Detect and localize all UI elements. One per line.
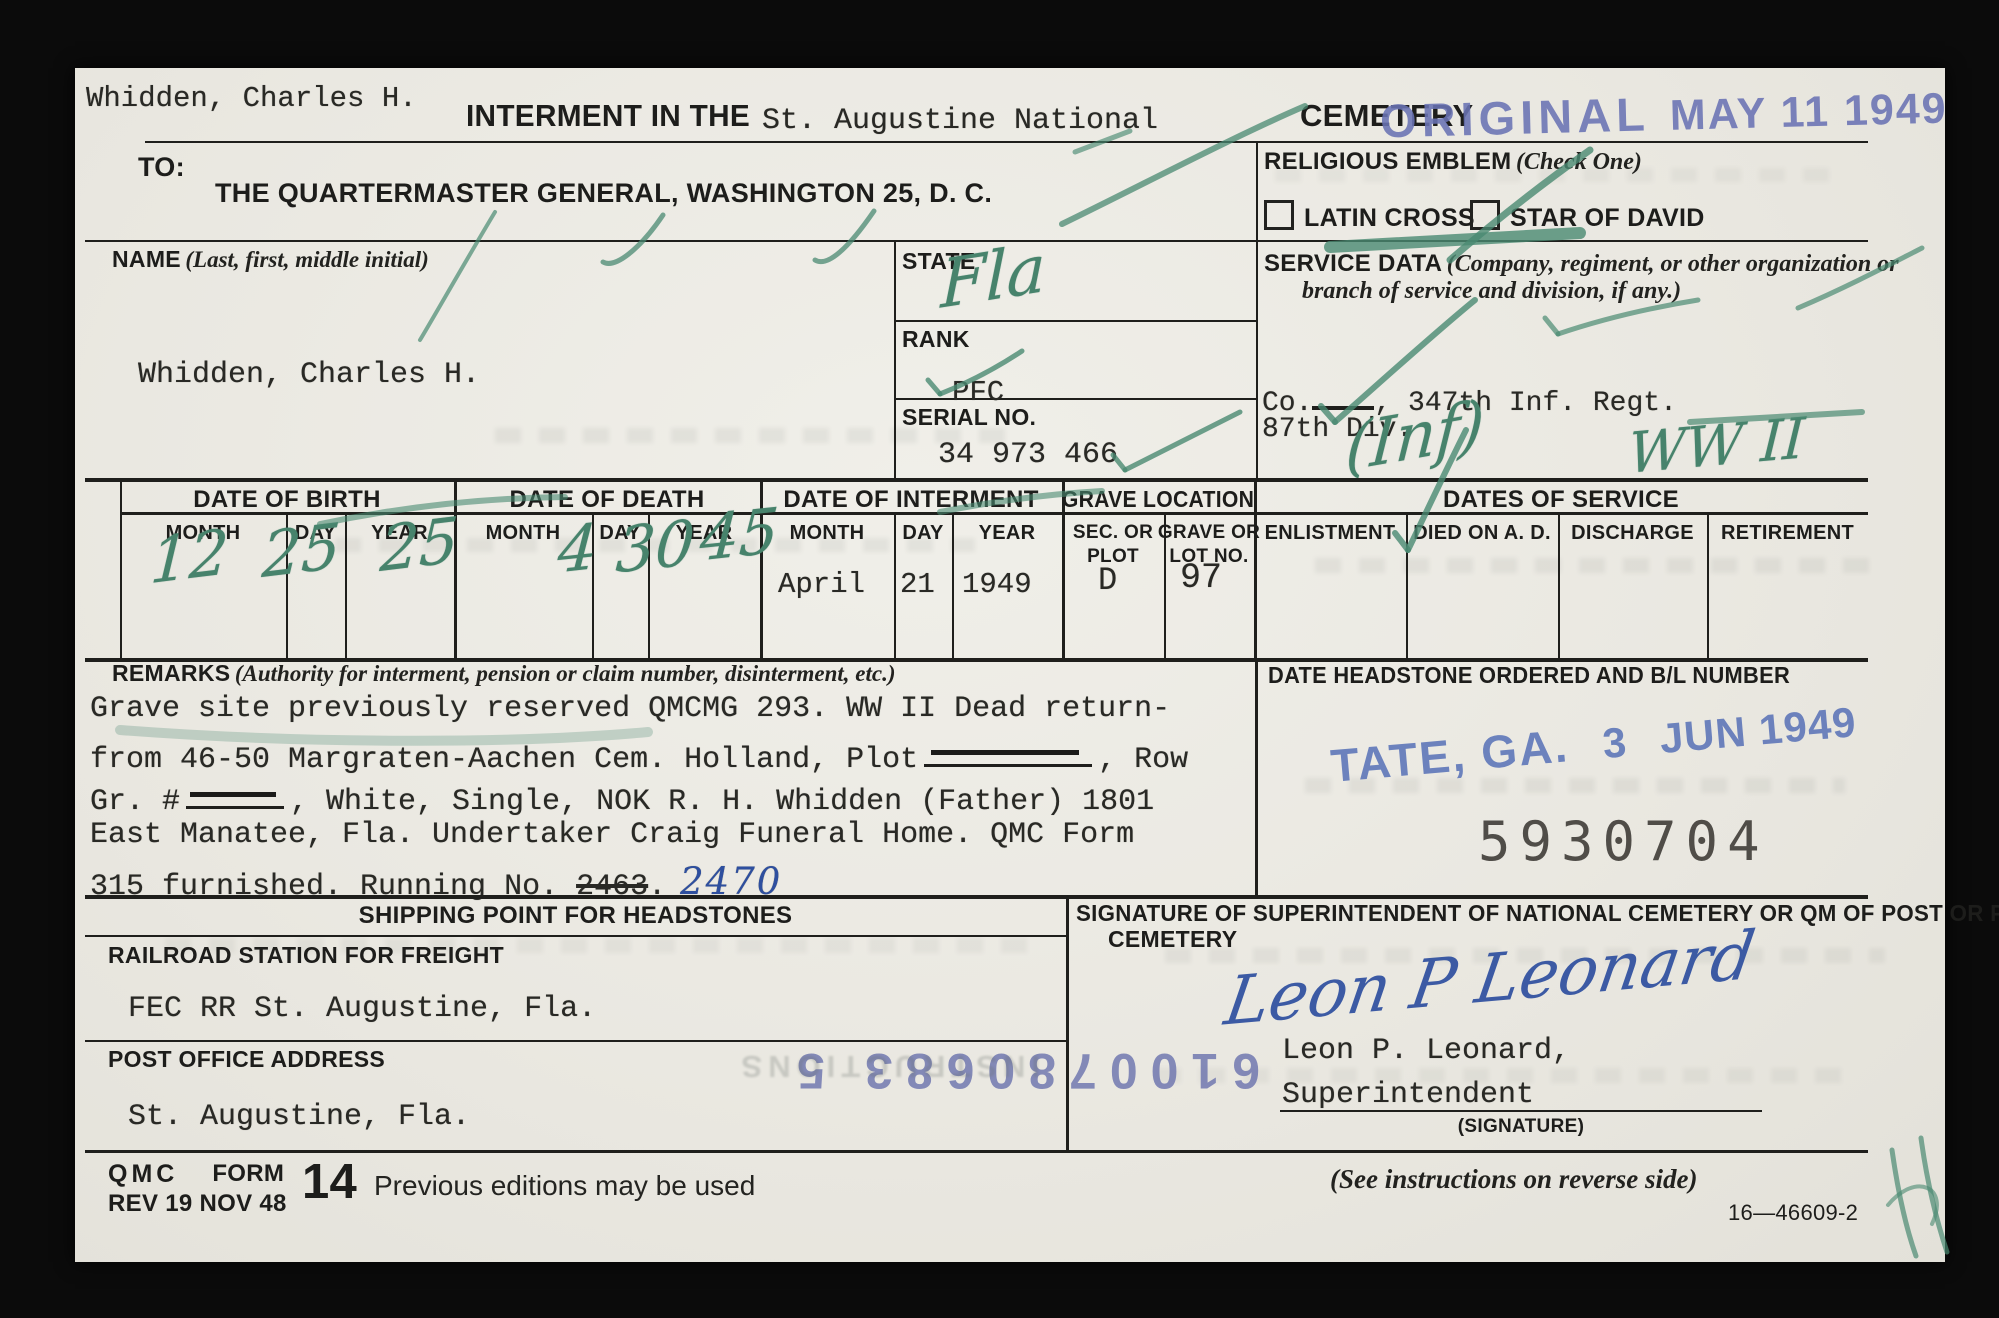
grave-lot-label-1: GRAVE OR [1164,522,1254,544]
signature-line [1280,1110,1762,1112]
rule [1066,895,1069,1150]
retirement-label: RETIREMENT [1707,522,1868,545]
see-instructions-note: (See instructions on reverse side) [1330,1164,1698,1195]
service-data-hint-2: branch of service and division, if any.) [1302,278,1681,305]
signature-caption: (SIGNATURE) [1280,1116,1762,1138]
remarks-line-3: Gr. #, White, Single, NOK R. H. Whidden … [90,776,1154,819]
typed-name-header: Whidden, Charles H. [86,82,417,115]
doi-month-value: April [778,568,865,601]
dob-year-value: 25 [378,503,460,587]
ghost-text-stripe [1315,558,1875,573]
serial-no-value: 34 973 466 [938,438,1118,472]
superintendent-typed-name: Leon P. Leonard, [1282,1034,1570,1068]
signature-label-2: CEMETERY [1108,926,1237,953]
remarks-line-2-suffix: , Row [1098,743,1188,777]
cemetery-name-typed: St. Augustine National [762,104,1158,138]
form-title-prefix: INTERMENT IN THE [466,98,750,134]
service-data-label: SERVICE DATA (Company, regiment, or othe… [1264,250,1899,278]
dob-day-value: 25 [260,509,342,593]
to-value: THE QUARTERMASTER GENERAL, WASHINGTON 25… [215,178,992,209]
remarks-label-hint: (Authority for interment, pension or cla… [235,661,896,686]
rule [85,1040,1066,1042]
remarks-line-3-suffix: , White, Single, NOK R. H. Whidden (Fath… [290,785,1154,819]
shipping-point-header: SHIPPING POINT FOR HEADSTONES [85,902,1066,930]
superintendent-typed-title: Superintendent [1282,1078,1534,1112]
stamp-date: MAY 11 1949 [1669,85,1948,141]
form-word: FORM [212,1160,284,1189]
latin-cross-checkbox [1264,200,1294,230]
post-office-value: St. Augustine, Fla. [128,1100,470,1134]
inverted-ghost-instructions: INSTRUCTIONS [640,1048,1040,1084]
grave-lot-value: 97 [1180,558,1222,598]
post-office-label: POST OFFICE ADDRESS [108,1046,385,1073]
bl-number-stamp: 5930704 [1478,810,1769,873]
doi-year-value: 1949 [962,568,1032,601]
grave-location-header: GRAVE LOCATION [1070,486,1247,513]
rule [1255,658,1258,895]
doi-day-label: DAY [894,522,952,545]
doi-year-label: YEAR [952,522,1062,545]
died-on-ad-label: DIED ON A. D. [1406,522,1558,545]
remarks-line-4: East Manatee, Fla. Undertaker Craig Fune… [90,818,1134,852]
rule-thick [85,478,1868,482]
religious-emblem-label-text: RELIGIOUS EMBLEM [1264,148,1511,175]
remarks-line-2-prefix: from 46-50 Margraten-Aachen Cem. Holland… [90,743,918,777]
doi-month-label: MONTH [760,522,894,545]
remarks-line-1: Grave site previously reserved QMCMG 293… [90,692,1170,726]
name-label-hint: (Last, first, middle initial) [185,247,428,272]
dob-month-value: 12 [148,515,230,599]
remarks-label: REMARKS (Authority for interment, pensio… [112,660,896,687]
company-blank [1312,378,1374,410]
serial-no-label: SERIAL NO. [902,404,1036,431]
rule [85,1150,1868,1153]
form-agency: QMC [108,1160,178,1189]
dod-day-value: 30 [614,505,698,587]
form-id-block: QMC FORM REV 19 NOV 48 [108,1160,287,1218]
stamp-original-word: ORIGINAL [1379,86,1650,148]
scanned-interment-form: Whidden, Charles H. INTERMENT IN THE St.… [0,0,1999,1318]
previous-editions-note: Previous editions may be used [374,1170,755,1202]
remarks-line-2: from 46-50 Margraten-Aachen Cem. Holland… [90,734,1188,777]
doi-header: DATE OF INTERMENT [760,486,1062,514]
rule [894,398,1256,400]
grave-number-blank [186,776,284,809]
title-underline [145,141,1868,143]
form-number: 14 [302,1154,357,1210]
railroad-station-value: FEC RR St. Augustine, Fla. [128,992,596,1026]
rule-thick [85,895,1868,899]
star-of-david-label: STAR OF DAVID [1510,204,1705,233]
rule [894,240,896,478]
form-revision: REV 19 NOV 48 [108,1190,287,1218]
print-code: 16—46609-2 [1728,1200,1858,1226]
doi-day-value: 21 [900,568,935,601]
name-field-label: NAME (Last, first, middle initial) [112,246,429,273]
remarks-label-text: REMARKS [112,660,230,686]
dod-month-value: 4 [556,509,600,587]
headstone-label: DATE HEADSTONE ORDERED AND B/L NUMBER [1268,662,1790,689]
stamp-day: 3 [1601,718,1628,768]
religious-emblem-label: RELIGIOUS EMBLEM (Check One) [1264,148,1642,176]
rank-label: RANK [902,326,970,353]
enlistment-label: ENLISTMENT [1254,522,1406,545]
religious-emblem-hint: (Check One) [1516,149,1642,175]
to-label: TO: [138,152,185,183]
name-label-text: NAME [112,246,181,272]
name-value: Whidden, Charles H. [138,358,480,392]
star-of-david-checkbox [1470,200,1500,230]
grave-sec-label-1: SEC. OR [1062,522,1164,544]
dates-of-service-header: DATES OF SERVICE [1254,486,1868,514]
grave-sec-value: D [1098,562,1117,599]
rule [85,935,1066,937]
signature-label-1: SIGNATURE OF SUPERINTENDENT OF NATIONAL … [1076,900,1999,927]
latin-cross-label: LATIN CROSS [1304,204,1475,233]
railroad-station-label: RAILROAD STATION FOR FREIGHT [108,942,504,969]
remarks-line-3-prefix: Gr. # [90,785,180,819]
rule [1256,141,1258,478]
plot-blank [924,734,1092,767]
service-data-hint-1: (Company, regiment, or other organizatio… [1447,251,1899,277]
discharge-label: DISCHARGE [1558,522,1707,545]
service-data-label-text: SERVICE DATA [1264,250,1442,277]
